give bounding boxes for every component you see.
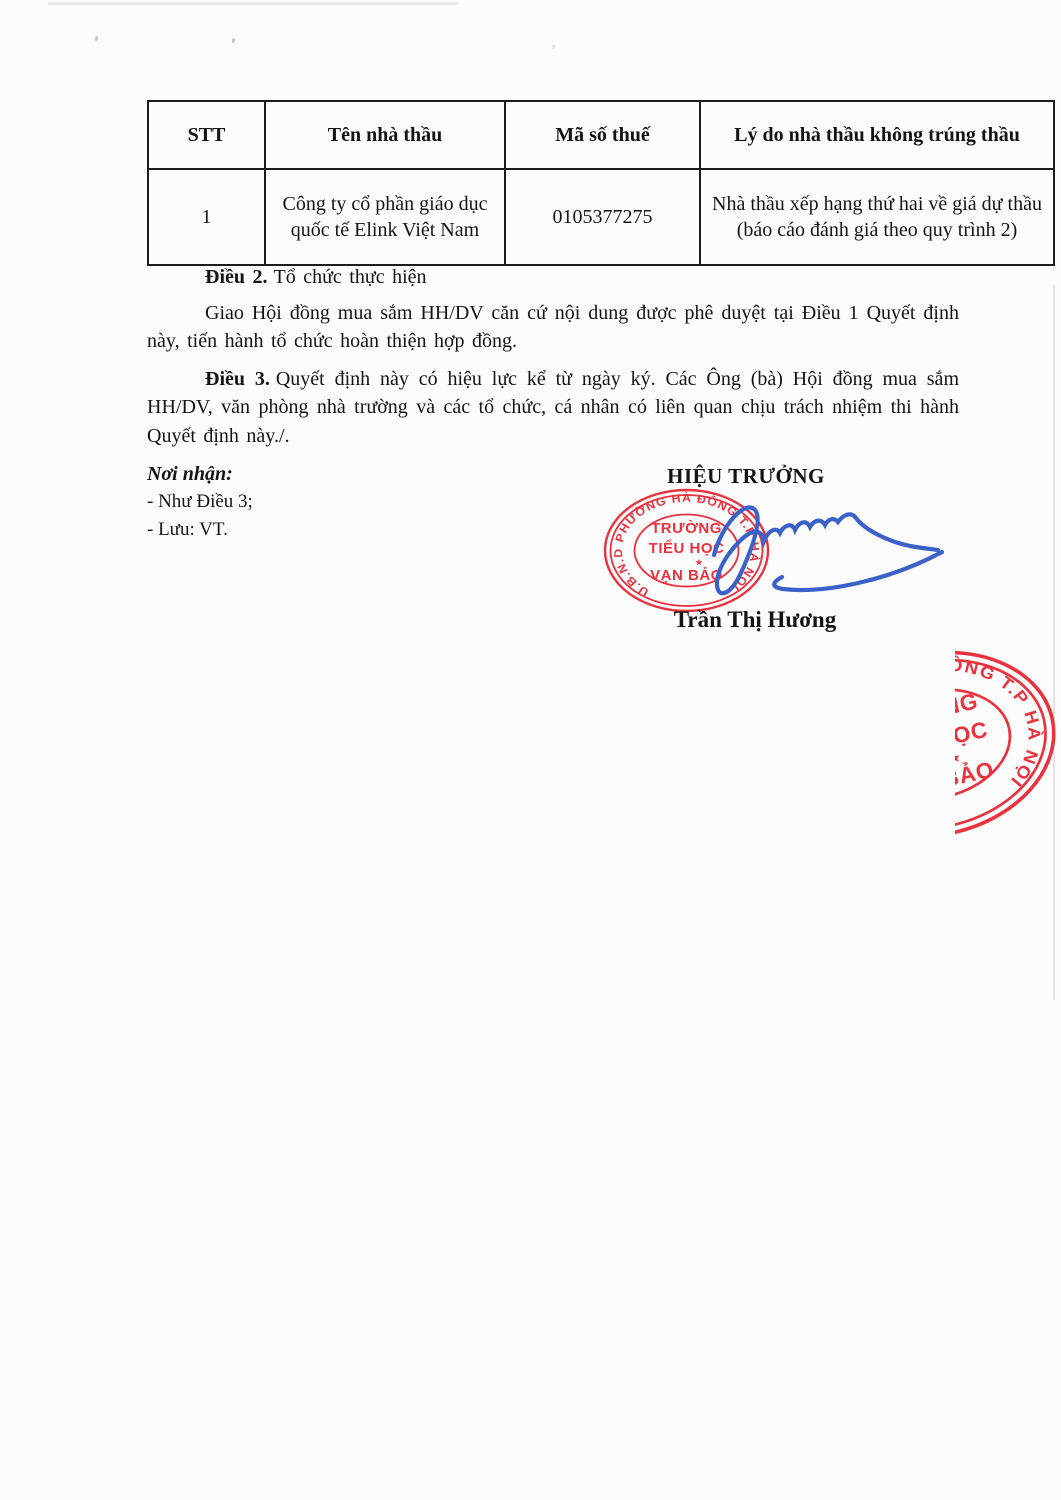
article-2-body: Giao Hội đồng mua sắm HH/DV căn cứ nội d… (147, 299, 959, 356)
col-header-ma-so-thue: Mã số thuế (505, 101, 700, 169)
document-page: STT Tên nhà thầu Mã số thuế Lý do nhà th… (0, 0, 1061, 1500)
article-2-label: Điều 2. (205, 266, 268, 288)
article-3-label: Điều 3. (205, 368, 270, 390)
handwritten-signature (690, 495, 960, 605)
col-header-ten-nha-thau: Tên nhà thầu (265, 101, 505, 169)
cell-stt: 1 (148, 169, 265, 265)
article-2-title: Tổ chức thực hiện (274, 266, 427, 288)
scan-smudge (48, 2, 458, 5)
cell-ma-so-thue: 0105377275 (505, 169, 700, 265)
recipient-item: - Lưu: VT. (147, 517, 253, 542)
recipients-heading: Nơi nhận: (147, 463, 253, 486)
bidder-table: STT Tên nhà thầu Mã số thuế Lý do nhà th… (147, 100, 1055, 266)
col-header-stt: STT (148, 101, 265, 169)
table-row: 1 Công ty cổ phần giáo dục quốc tế Elink… (148, 169, 1054, 265)
signer-title: HIỆU TRƯỞNG (596, 464, 896, 489)
recipients-block: Nơi nhận: - Như Điều 3; - Lưu: VT. (147, 463, 253, 542)
page-seal-clip: U.B.N.D PHƯỜNG HÀ ĐÔNG T.P HÀ NỘI ★ TRƯỜ… (955, 630, 1061, 865)
signature-block: HIỆU TRƯỞNG U.B.N.D PHƯỜNG HÀ ĐÔNG T.P H… (560, 460, 970, 670)
cell-ten-nha-thau: Công ty cổ phần giáo dục quốc tế Elink V… (265, 169, 505, 265)
page-seal-stamp: U.B.N.D PHƯỜNG HÀ ĐÔNG T.P HÀ NỘI ★ TRƯỜ… (955, 630, 1061, 862)
col-header-ly-do: Lý do nhà thầu không trúng thầu (700, 101, 1054, 169)
scan-speck (95, 36, 98, 41)
recipient-item: - Như Điều 3; (147, 489, 253, 514)
signer-name: Trần Thị Hương (605, 607, 905, 633)
scan-speck (231, 38, 236, 44)
scan-speck (552, 44, 555, 49)
article-3-paragraph: Điều 3.Quyết định này có hiệu lực kể từ … (147, 365, 959, 451)
article-2-heading: Điều 2.Tổ chức thực hiện (147, 263, 959, 292)
document-body: Điều 2.Tổ chức thực hiện Giao Hội đồng m… (147, 263, 959, 450)
stamp-line-3: VẠN BẢO (955, 757, 996, 804)
cell-ly-do: Nhà thầu xếp hạng thứ hai về giá dự thầu… (700, 169, 1054, 265)
table-header-row: STT Tên nhà thầu Mã số thuế Lý do nhà th… (148, 101, 1054, 169)
